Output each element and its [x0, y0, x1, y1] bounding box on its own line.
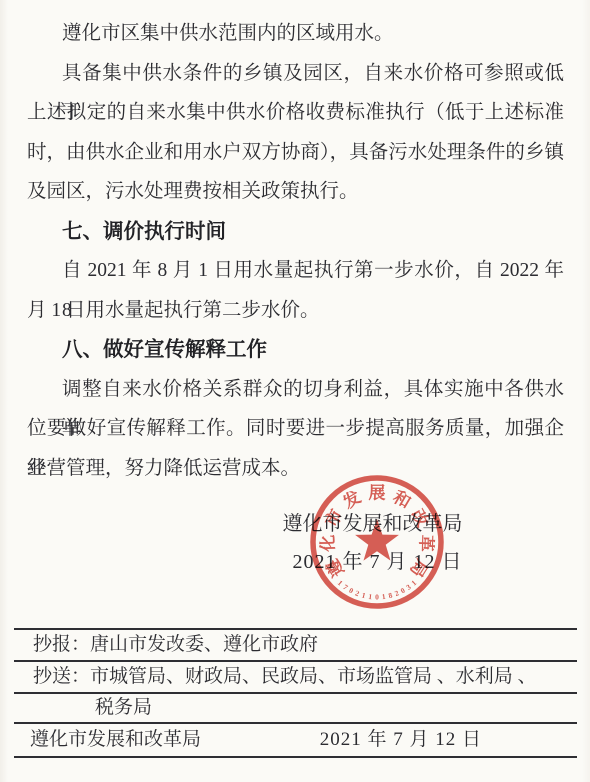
svg-text:和: 和 [390, 487, 414, 512]
footer-block: 抄报：唐山市发改委、遵化市政府 抄送：市城管局、财政局、民政局、市场监管局 、水… [14, 628, 577, 758]
issuer-row: 遵化市发展和改革局 2021 年 7 月 12 日 [14, 724, 577, 756]
svg-text:1: 1 [368, 592, 373, 601]
body-line: 及园区，污水处理费按相关政策执行。 [27, 172, 564, 212]
issue-date: 2021 年 7 月 12 日 [320, 724, 482, 756]
svg-text:8: 8 [387, 591, 393, 601]
body-line: 具备集中供水条件的乡镇及园区，自来水价格可参照或低于 [27, 54, 564, 94]
svg-text:1: 1 [361, 591, 367, 601]
copy-report-label: 抄报： [33, 634, 90, 655]
copy-send-content: 市城管局、财政局、民政局、市场监管局 、水利局 、 [90, 666, 537, 687]
copy-send-label: 抄送： [33, 666, 90, 687]
body-line: 位要做好宣传解释工作。同时要进一步提高服务质量，加强企业 [27, 409, 564, 449]
body-line: 时，由供水企业和用水户双方协商），具备污水处理条件的乡镇 [27, 133, 564, 173]
body-line: 经营管理，努力降低运营成本。 [27, 449, 564, 489]
copy-send-row: 抄送：市城管局、财政局、民政局、市场监管局 、水利局 、 [14, 662, 577, 692]
svg-text:革: 革 [416, 535, 435, 552]
body-line: 调整自来水价格关系群众的切身利益，具体实施中各供水单 [27, 370, 564, 410]
divider [14, 756, 577, 758]
body-line: 月 1 日用水量起执行第二步水价。 [27, 291, 564, 331]
svg-text:2: 2 [354, 588, 361, 598]
official-seal: 遵化市发展和改革局 1302810112071 [302, 467, 452, 617]
body-line: 上述拟定的自来水集中供水价格收费标准执行（低于上述标准 [27, 93, 564, 133]
document-page: 遵化市区集中供水范围内的区域用水。 具备集中供水条件的乡镇及园区，自来水价格可参… [0, 0, 590, 782]
copy-report-content: 唐山市发改委、遵化市政府 [90, 634, 318, 655]
svg-text:局: 局 [406, 556, 431, 580]
body-line: 自 2021 年 8 月 1 日用水量起执行第一步水价，自 2022 年 8 [27, 251, 564, 291]
copy-send-continuation-row: 税务局 [14, 694, 577, 722]
section-heading-8: 八、做好宣传解释工作 [27, 330, 564, 370]
svg-text:化: 化 [317, 535, 337, 554]
document-body: 遵化市区集中供水范围内的区域用水。 具备集中供水条件的乡镇及园区，自来水价格可参… [0, 14, 590, 488]
svg-text:0: 0 [375, 593, 379, 602]
copy-report-row: 抄报：唐山市发改委、遵化市政府 [14, 630, 577, 660]
issuer-org: 遵化市发展和改革局 [30, 724, 201, 756]
svg-text:1: 1 [381, 592, 386, 601]
star-icon [355, 519, 399, 561]
section-heading-7: 七、调价执行时间 [27, 212, 564, 252]
body-line: 遵化市区集中供水范围内的区域用水。 [27, 14, 564, 54]
seal-graphic: 遵化市发展和改革局 1302810112071 [302, 467, 452, 617]
svg-text:展: 展 [369, 484, 386, 503]
svg-text:1: 1 [409, 578, 418, 587]
